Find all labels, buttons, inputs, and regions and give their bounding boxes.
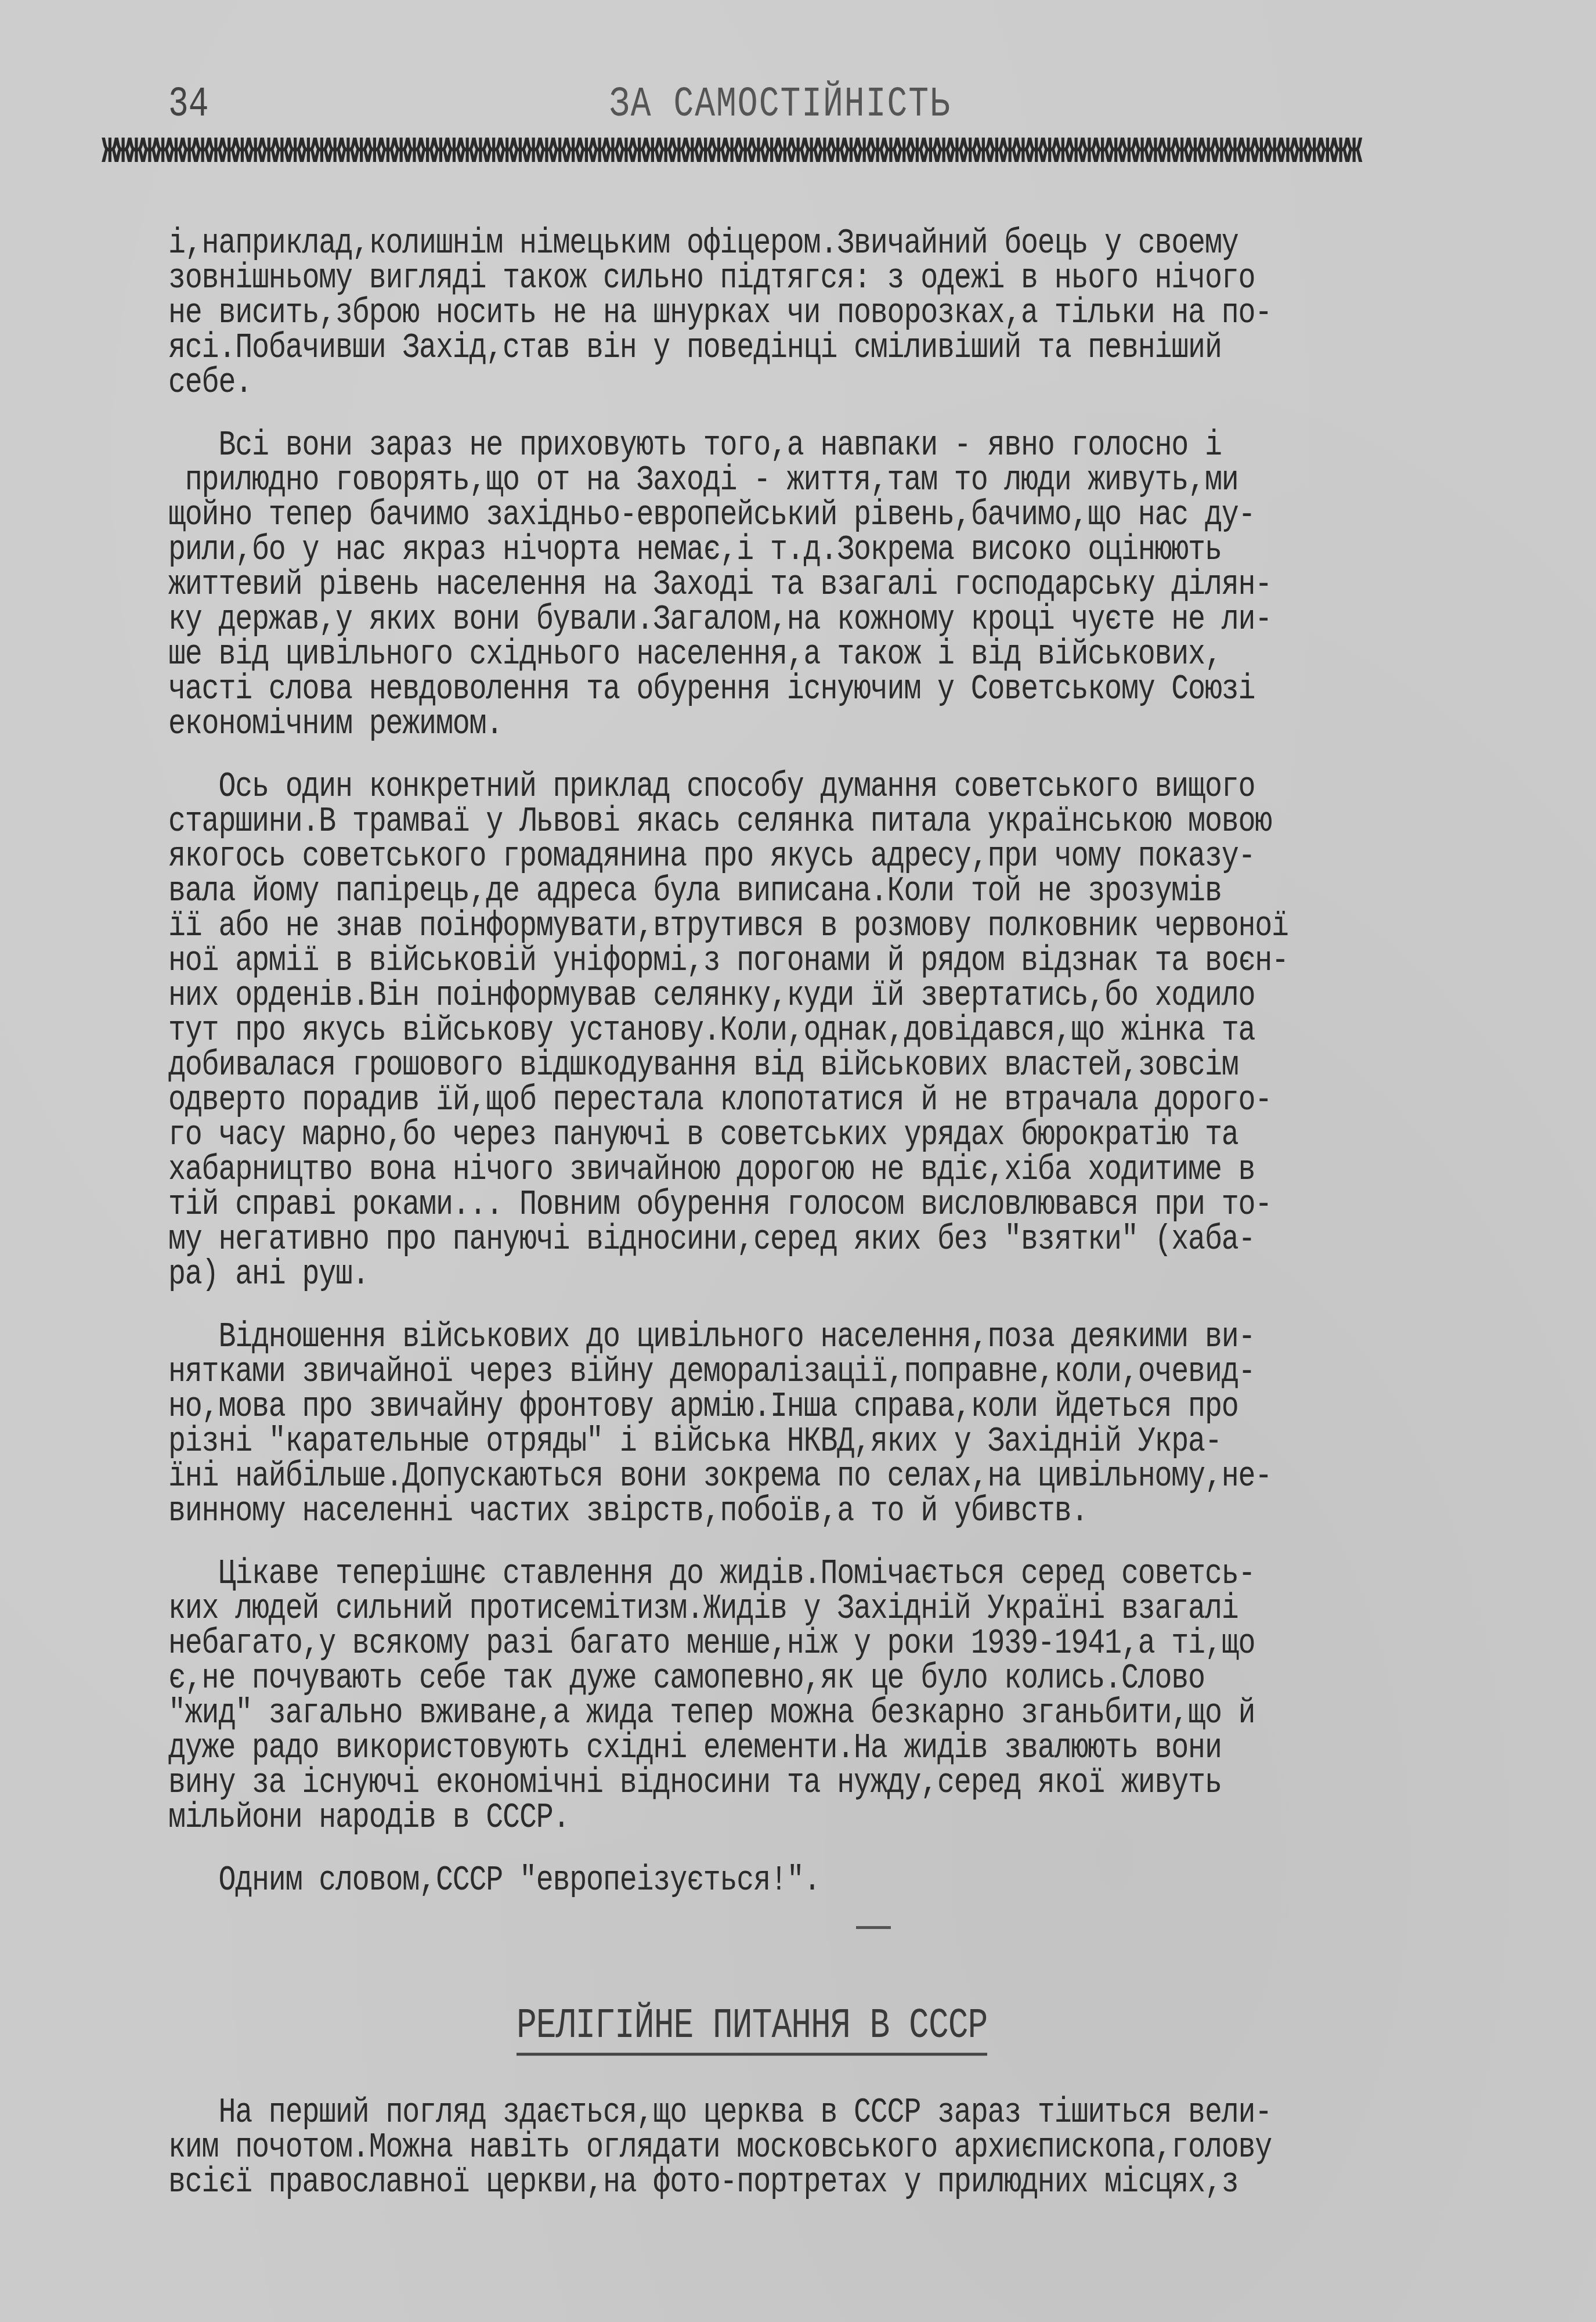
text-line: економічним режимом.: [168, 703, 1480, 745]
paragraph: Цікаве теперішнє ставлення до жидів.Помі…: [168, 1557, 1480, 1836]
text-line: Одним словом,СССР "европеізується!".: [168, 1859, 1480, 1902]
text-line: всієї православної церкви,на фото-портре…: [168, 2161, 1480, 2204]
paragraph: Одним словом,СССР "европеізується!".: [168, 1863, 1480, 1898]
article-body: і,наприклад,колишнім німецьким офіцером.…: [168, 226, 1480, 1898]
text-line: себе.: [168, 362, 1480, 404]
typed-ornament-divider: ЖЖЖЖЖЖЖЖЖЖЖЖЖЖЖЖЖЖЖЖЖЖЖЖЖЖЖЖЖЖЖЖЖЖЖЖЖЖЖЖ…: [102, 129, 1457, 177]
text-line: ра) ані руш.: [168, 1253, 1480, 1296]
section-heading: РЕЛІГІЙНЕ ПИТАННЯ В СССР: [517, 2003, 987, 2056]
paragraph: Всі вони зараз не приховують того,а навп…: [168, 428, 1480, 742]
text-line: винному населенні частих звірств,побоїв,…: [168, 1490, 1480, 1533]
page-header: 34 ЗА САМОСТІЙНІСТЬ: [168, 81, 1480, 128]
document-page: 34 ЗА САМОСТІЙНІСТЬ ЖЖЖЖЖЖЖЖЖЖЖЖЖЖЖЖЖЖЖЖ…: [0, 0, 1596, 2322]
section-body: На перший погляд здається,що церква в СС…: [168, 2096, 1480, 2200]
running-title: ЗА САМОСТІЙНІСТЬ: [609, 81, 951, 128]
paragraph: і,наприклад,колишнім німецьким офіцером.…: [168, 226, 1480, 401]
paragraph: Відношення військових до цивільного насе…: [168, 1320, 1480, 1529]
paragraph: На перший погляд здається,що церква в СС…: [168, 2096, 1480, 2200]
page-number: 34: [168, 81, 209, 128]
section-separator-dash: [856, 1926, 891, 1929]
text-line: мільйони народів в СССР.: [168, 1797, 1480, 1839]
paragraph: Ось один конкретний приклад способу дума…: [168, 770, 1480, 1292]
